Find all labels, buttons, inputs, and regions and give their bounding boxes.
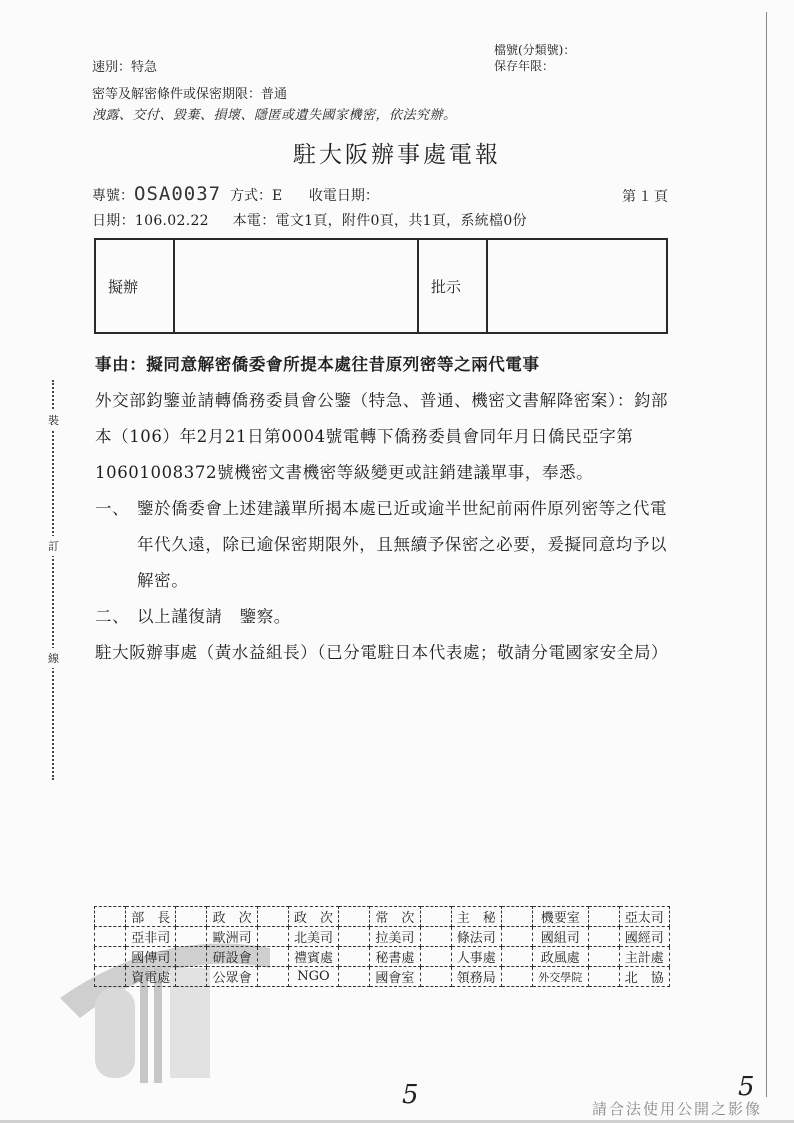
binding-mark-line: 線 [48,648,59,668]
routing-checkbox[interactable] [95,967,126,987]
received-date-label: 收電日期： [309,188,379,204]
routing-cell: 研設會 [207,947,257,967]
table-row: 國傳司 研設會 禮賓處 秘書處 人事處 政風處 主計處 [95,947,670,967]
routing-checkbox[interactable] [257,927,288,947]
routing-checkbox[interactable] [95,947,126,967]
routing-checkbox[interactable] [339,927,370,947]
routing-checkbox[interactable] [501,907,532,927]
routing-cell: 秘書處 [370,947,420,967]
routing-cell: 主 秘 [451,907,501,927]
telegram-summary: 本電：電文1頁，附件0頁，共1頁，系統檔0份 [233,213,527,229]
routing-cell: 亞非司 [126,927,176,947]
handwritten-page-mark: 5 [402,1080,419,1110]
binding-line [52,380,58,780]
routing-cell: NGO [288,967,338,987]
routing-table: 部 長 政 次 政 次 常 次 主 秘 機要室 亞太司 亞非司 歐洲司 北美司 … [94,906,670,987]
draft-label: 擬辦 [95,239,174,333]
routing-cell: 外交學院 [532,967,588,987]
speed-value: 特急 [131,60,157,75]
document-body: 事由：擬同意解密僑委會所提本處往昔原列密等之兩代電事 外交部鈞鑒並請轉僑務委員會… [95,347,675,671]
routing-cell: 條法司 [451,927,501,947]
speed-field: 速別：特急 [92,56,157,75]
ref-label: 專號： [92,188,134,204]
routing-checkbox[interactable] [176,947,207,967]
list-item: 一、 鑒於僑委會上述建議單所揭本處已近或逾半世紀前兩件原列密等之代電年代久遠，除… [95,491,675,599]
archive-number-label: 檔號(分類號)： [494,42,575,58]
routing-checkbox[interactable] [176,907,207,927]
routing-checkbox[interactable] [176,967,207,987]
binding-mark-staple: 訂 [48,536,59,556]
method-label: 方式： [230,188,272,204]
signature-line: 駐大阪辦事處（黃水益組長）（已分電駐日本代表處；敬請分電國家安全局） [95,635,675,671]
routing-cell: 政風處 [532,947,588,967]
routing-cell: 政 次 [207,907,257,927]
routing-checkbox[interactable] [420,967,451,987]
routing-cell: 資電處 [126,967,176,987]
routing-checkbox[interactable] [339,967,370,987]
list-item: 二、 以上謹復請 鑒察。 [95,599,675,635]
routing-checkbox[interactable] [501,927,532,947]
method-value: E [272,188,282,204]
routing-checkbox[interactable] [339,947,370,967]
instruction-field[interactable] [487,239,667,333]
routing-cell: 國傳司 [126,947,176,967]
page-number: 第１頁 [622,186,670,206]
routing-cell: 國會室 [370,967,420,987]
table-row: 部 長 政 次 政 次 常 次 主 秘 機要室 亞太司 [95,907,670,927]
item-text: 鑒於僑委會上述建議單所揭本處已近或逾半世紀前兩件原列密等之代電年代久遠，除已逾保… [137,491,675,599]
meta-line-1: 專號：OSA0037 方式：E 收電日期： [92,183,379,205]
routing-cell: 人事處 [451,947,501,967]
routing-checkbox[interactable] [257,967,288,987]
speed-label: 速別： [92,60,131,75]
date-label: 日期： [92,213,135,229]
usage-notice: 請合法使用公開之影像 [592,1098,762,1119]
secrecy-warning: 洩露、交付、毀棄、損壞、隱匿或遺失國家機密，依法究辦。 [92,104,457,123]
table-row: 資電處 公眾會 NGO 國會室 領務局 外交學院 北 協 [95,967,670,987]
table-row: 亞非司 歐洲司 北美司 拉美司 條法司 國組司 國經司 [95,927,670,947]
routing-checkbox[interactable] [339,907,370,927]
routing-checkbox[interactable] [95,907,126,927]
routing-cell: 國經司 [619,927,669,947]
intro-paragraph: 外交部鈞鑒並請轉僑務委員會公鑒（特急、普通、機密文書解降密案）：鈞部本（106）… [95,383,675,491]
routing-cell: 公眾會 [207,967,257,987]
subject-line: 事由：擬同意解密僑委會所提本處往昔原列密等之兩代電事 [95,347,675,383]
routing-cell: 北美司 [288,927,338,947]
routing-checkbox[interactable] [257,907,288,927]
routing-checkbox[interactable] [176,927,207,947]
classification-field: 密等及解密條件或保密期限：普通 [92,86,287,103]
routing-checkbox[interactable] [588,947,619,967]
archive-info: 檔號(分類號)： 保存年限： [494,42,575,74]
routing-cell: 拉美司 [370,927,420,947]
document-title: 駐大阪辦事處電報 [0,136,794,169]
item-number: 一、 [95,491,137,599]
ref-number: OSA0037 [134,183,221,205]
routing-cell: 亞太司 [619,907,669,927]
item-text: 以上謹復請 鑒察。 [137,599,675,635]
binding-mark-bind: 裝 [48,410,59,430]
routing-cell: 國組司 [532,927,588,947]
routing-checkbox[interactable] [588,967,619,987]
classification-label: 密等及解密條件或保密期限： [92,87,261,102]
meta-line-2: 日期：106.02.22 本電：電文1頁，附件0頁，共1頁，系統檔0份 [92,210,527,230]
routing-cell: 常 次 [370,907,420,927]
draft-field[interactable] [174,239,418,333]
retention-period-label: 保存年限： [494,58,575,74]
routing-cell: 領務局 [451,967,501,987]
routing-cell: 北 協 [619,967,669,987]
routing-checkbox[interactable] [588,927,619,947]
routing-cell: 政 次 [288,907,338,927]
date-value: 106.02.22 [135,213,209,229]
instruction-label: 批示 [418,239,487,333]
routing-cell: 機要室 [532,907,588,927]
routing-checkbox[interactable] [420,927,451,947]
approval-table: 擬辦 批示 [94,238,668,334]
routing-checkbox[interactable] [95,927,126,947]
routing-checkbox[interactable] [257,947,288,967]
item-number: 二、 [95,599,137,635]
routing-cell: 主計處 [619,947,669,967]
routing-checkbox[interactable] [501,967,532,987]
routing-checkbox[interactable] [420,947,451,967]
routing-checkbox[interactable] [588,907,619,927]
routing-cell: 部 長 [126,907,176,927]
routing-cell: 禮賓處 [288,947,338,967]
classification-value: 普通 [261,87,287,102]
routing-checkbox[interactable] [420,907,451,927]
routing-cell: 歐洲司 [207,927,257,947]
routing-checkbox[interactable] [501,947,532,967]
page-edge-line [766,12,767,1097]
